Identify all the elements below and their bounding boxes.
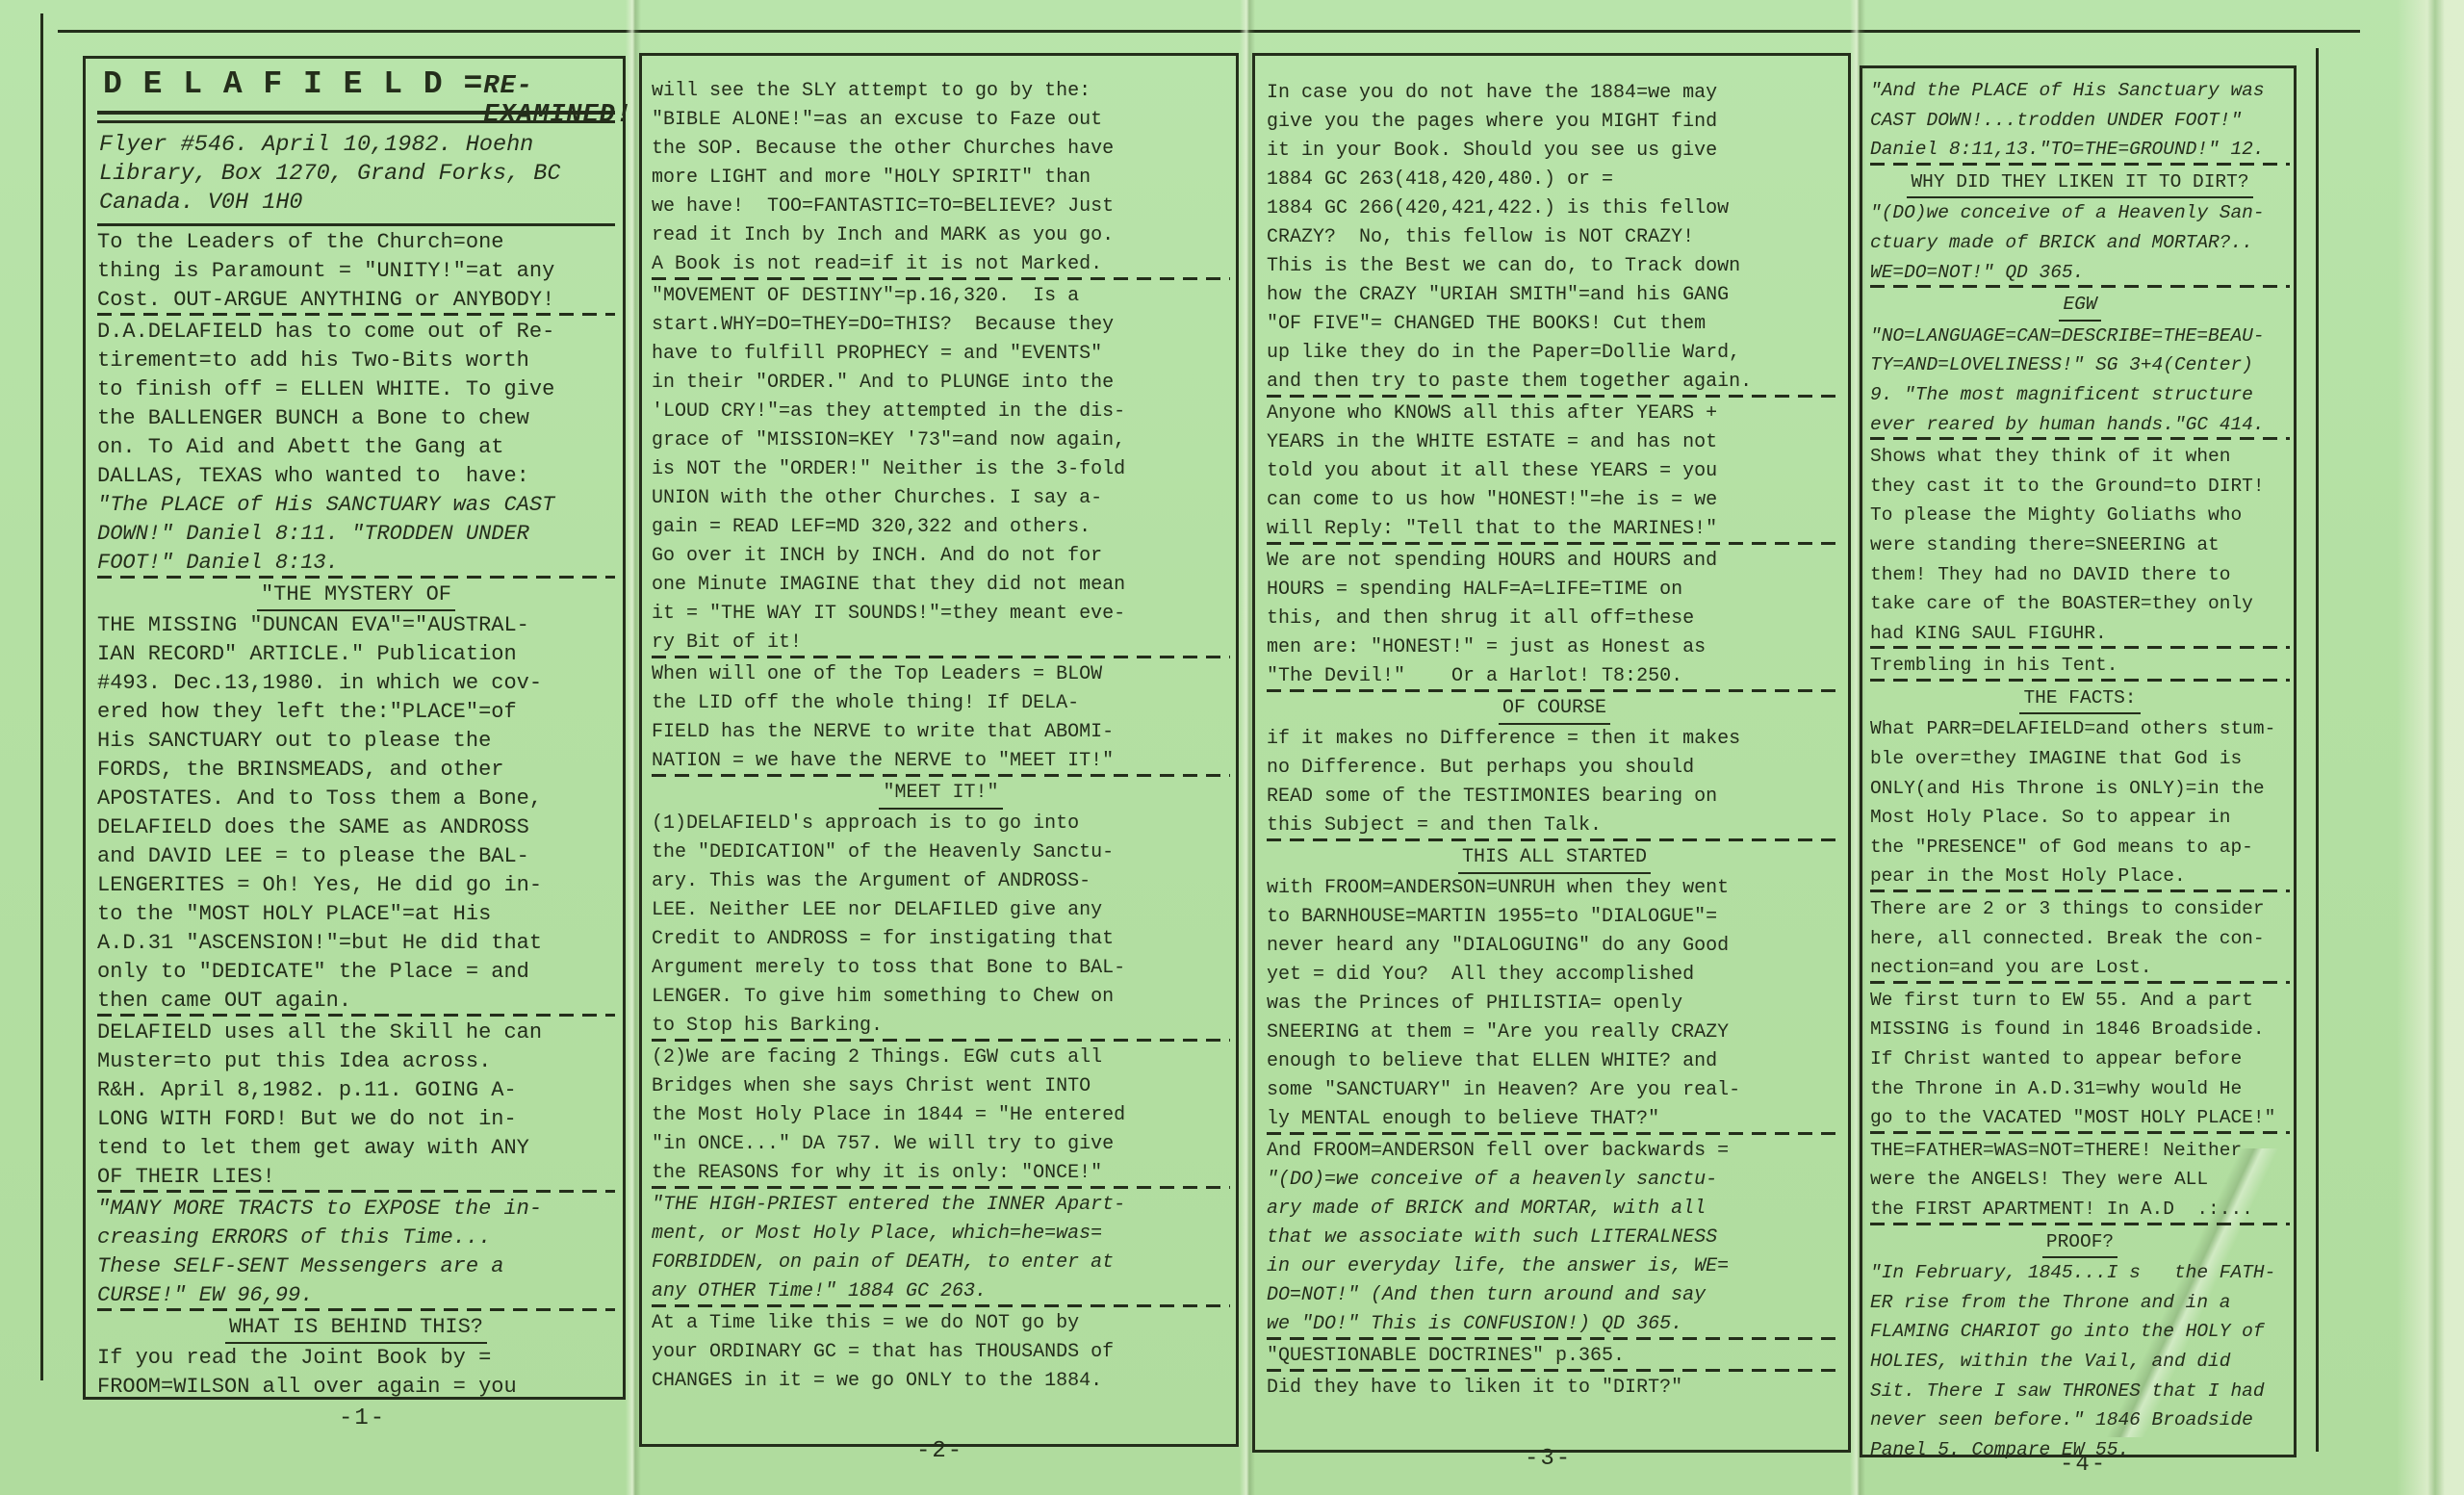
page-number-2: -2- [916, 1438, 963, 1464]
paragraph: if it makes no Difference = then it make… [1267, 725, 1842, 840]
section-heading-text: "MEET IT!" [879, 779, 1002, 810]
panel-2: will see the SLY attempt to go by the: "… [639, 53, 1239, 1447]
flyer-title-tag: RE-EXAMINED! [483, 72, 632, 130]
paragraph: will see the SLY attempt to go by the: "… [652, 77, 1230, 279]
paragraph: "MOVEMENT OF DESTINY"=p.16,320. Is a sta… [652, 282, 1230, 657]
paragraph: "The PLACE of His SANCTUARY was CAST DOW… [97, 491, 615, 578]
section-heading-text: THIS ALL STARTED [1458, 843, 1651, 874]
paragraph: "THE HIGH-PRIEST entered the INNER Apart… [652, 1191, 1230, 1306]
section-heading: THE FACTS: [1870, 683, 2290, 715]
publisher-address: Flyer #546. April 10,1982. Hoehn Library… [97, 129, 615, 226]
panel-4-body: "And the PLACE of His Sanctuary was CAST… [1870, 76, 2290, 1464]
section-heading: THIS ALL STARTED [1267, 843, 1842, 874]
paragraph: "MANY MORE TRACTS to EXPOSE the in- crea… [97, 1195, 615, 1310]
scan-left-edge-line [40, 13, 43, 1380]
paragraph: When will one of the Top Leaders = BLOW … [652, 660, 1230, 776]
paragraph: THE MISSING "DUNCAN EVA"="AUSTRAL- IAN R… [97, 611, 615, 1016]
paragraph: "In February, 1845...I s the FATH- ER ri… [1870, 1258, 2290, 1464]
masthead: D E L A F I E L D = RE-EXAMINED! [97, 64, 615, 109]
section-heading: "THE MYSTERY OF [97, 580, 615, 611]
scan-top-edge-line [58, 30, 2360, 33]
section-heading: EGW [1870, 290, 2290, 322]
section-heading-text: WHAT IS BEHIND THIS? [225, 1313, 487, 1344]
scanned-flyer-page: { "page": { "paper_color": "#b5e1a5", "i… [0, 0, 2464, 1495]
section-heading-text: EGW [2059, 290, 2100, 322]
paragraph: There are 2 or 3 things to consider here… [1870, 894, 2290, 983]
section-heading-text: WHY DID THEY LIKEN IT TO DIRT? [1907, 168, 2252, 199]
section-heading: WHY DID THEY LIKEN IT TO DIRT? [1870, 168, 2290, 199]
page-number-3: -3- [1525, 1446, 1572, 1472]
paragraph: (1)DELAFIELD's approach is to go into th… [652, 810, 1230, 1041]
paragraph: We are not spending HOURS and HOURS and … [1267, 547, 1842, 691]
paragraph: Shows what they think of it when they ca… [1870, 442, 2290, 648]
paragraph: "And the PLACE of His Sanctuary was CAST… [1870, 76, 2290, 165]
section-heading-text: OF COURSE [1499, 694, 1610, 725]
paragraph: What PARR=DELAFIELD=and others stum- ble… [1870, 714, 2290, 891]
page-number-1: -1- [339, 1405, 386, 1431]
paragraph: If you read the Joint Book by = FROOM=WI… [97, 1344, 615, 1402]
panel-2-body: will see the SLY attempt to go by the: "… [652, 77, 1230, 1396]
panel-1: D E L A F I E L D = RE-EXAMINED! Flyer #… [83, 56, 626, 1400]
paragraph: Trembling in his Tent. [1870, 651, 2290, 681]
section-heading: PROOF? [1870, 1227, 2290, 1259]
paragraph: In case you do not have the 1884=we may … [1267, 79, 1842, 397]
paragraph: We first turn to EW 55. And a part MISSI… [1870, 986, 2290, 1133]
paragraph: "NO=LANGUAGE=CAN=DESCRIBE=THE=BEAU- TY=A… [1870, 322, 2290, 439]
panel-1-body: To the Leaders of the Church=one thing i… [97, 228, 615, 1402]
section-heading: OF COURSE [1267, 694, 1842, 725]
paragraph: (2)We are facing 2 Things. EGW cuts all … [652, 1044, 1230, 1188]
panel-3-body: In case you do not have the 1884=we may … [1267, 79, 1842, 1403]
paragraph: At a Time like this = we do NOT go by yo… [652, 1309, 1230, 1396]
address-line: Flyer #546. April 10,1982. Hoehn [99, 132, 533, 158]
paragraph: "(DO)=we conceive of a heavenly sanctu- … [1267, 1166, 1842, 1339]
paragraph: Anyone who KNOWS all this after YEARS + … [1267, 400, 1842, 544]
paragraph: Did they have to liken it to "DIRT?" [1267, 1374, 1842, 1403]
flyer-title: D E L A F I E L D = [103, 66, 483, 102]
section-heading-text: "THE MYSTERY OF [257, 580, 455, 611]
paragraph: "(DO)we conceive of a Heavenly San- ctua… [1870, 198, 2290, 287]
paragraph: THE=FATHER=WAS=NOT=THERE! Neither were t… [1870, 1136, 2290, 1224]
address-line: Library, Box 1270, Grand Forks, BC [99, 161, 560, 187]
paragraph: "QUESTIONABLE DOCTRINES" p.365. [1267, 1342, 1842, 1371]
scan-right-edge-line [2316, 48, 2319, 1452]
paragraph: To the Leaders of the Church=one thing i… [97, 228, 615, 315]
paragraph: with FROOM=ANDERSON=UNRUH when they went… [1267, 874, 1842, 1134]
panel-3: In case you do not have the 1884=we may … [1252, 53, 1851, 1453]
section-heading: "MEET IT!" [652, 779, 1230, 810]
panel-4: "And the PLACE of His Sanctuary was CAST… [1860, 65, 2297, 1457]
paragraph: And FROOM=ANDERSON fell over backwards = [1267, 1137, 1842, 1166]
page-number-4: -4- [2060, 1452, 2107, 1478]
paragraph: DELAFIELD uses all the Skill he can Must… [97, 1018, 615, 1192]
section-heading-text: THE FACTS: [2019, 683, 2140, 715]
address-line: Canada. V0H 1H0 [99, 190, 303, 216]
section-heading-text: PROOF? [2042, 1227, 2117, 1259]
section-heading: WHAT IS BEHIND THIS? [97, 1313, 615, 1344]
paragraph: D.A.DELAFIELD has to come out of Re- tir… [97, 318, 615, 491]
